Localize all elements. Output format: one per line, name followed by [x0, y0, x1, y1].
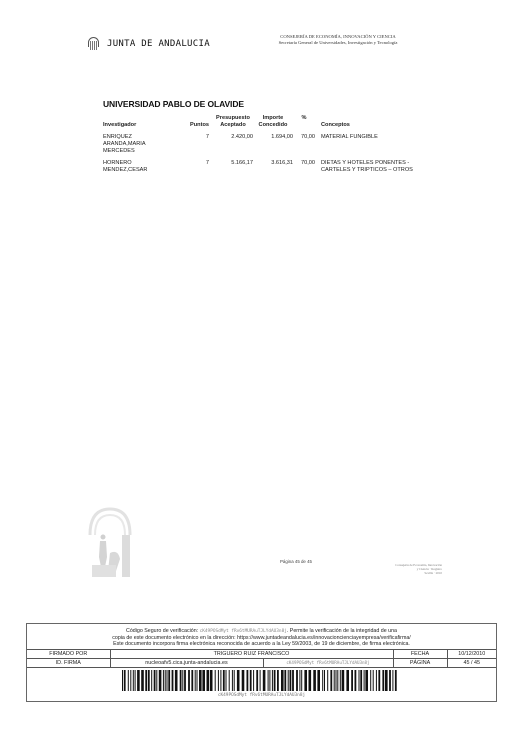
- registry-stamp: Consejería de Economía, Innovación y Cie…: [392, 563, 442, 576]
- signed-by-value: TRIGUERO RUIZ FRANCISCO: [110, 650, 393, 659]
- university-title: UNIVERSIDAD PABLO DE OLAVIDE: [103, 99, 244, 109]
- barcode-text: cK49POSdMyt fRv6tMURAuTJLYdAU3n8j: [27, 693, 496, 698]
- verification-code: cK49POSdMyt fRv6tMURAuTJLYdAU3n8j: [200, 629, 287, 634]
- signature-table: FIRMADO POR TRIGUERO RUIZ FRANCISCO FECH…: [27, 649, 496, 668]
- col-puntos: Puntos: [169, 115, 213, 134]
- cell-conceptos: MATERIAL FUNGIBLE: [318, 134, 423, 160]
- page-label: PÁGINA: [393, 659, 447, 668]
- cell-importe: 1.694,00: [253, 134, 293, 160]
- cell-porcentaje: 70,00: [293, 134, 318, 160]
- table-header-row: Investigador Puntos PresupuestoAceptado …: [103, 115, 423, 134]
- junta-logo: JUNTA DE ANDALUCIA: [88, 37, 210, 51]
- signature-verification-box: Código Seguro de verificación: cK49POSdM…: [26, 623, 497, 702]
- verification-text: Código Seguro de verificación: cK49POSdM…: [27, 624, 496, 649]
- legal-line: Este documento incorpora firma electróni…: [27, 641, 496, 647]
- page-value: 45 / 45: [447, 659, 496, 668]
- cell-importe: 3.616,31: [253, 160, 293, 179]
- col-porcentaje: %: [293, 115, 318, 134]
- signature-server: nucleoafv5.cica.junta-andalucia.es: [110, 659, 263, 668]
- cell-conceptos: DIETAS Y HOTELES PONENTES - CARTELES Y T…: [318, 160, 423, 179]
- cell-investigador: ENRIQUEZ ARANDA,MARIA MERCEDES: [103, 134, 169, 160]
- signature-id-code: cK49POSdMyt fRv6tMURAuTJLYdAU3n8j: [263, 659, 393, 668]
- signature-id-row: ID. FIRMA nucleoafv5.cica.junta-andaluci…: [27, 659, 496, 668]
- page-number: Página 45 de 45: [280, 559, 312, 564]
- cell-porcentaje: 70,00: [293, 160, 318, 179]
- junta-emblem-icon: [88, 37, 99, 51]
- col-presupuesto: PresupuestoAceptado: [213, 115, 253, 134]
- logo-text: JUNTA DE ANDALUCIA: [107, 39, 210, 49]
- consejeria-header: CONSEJERÍA DE ECONOMÍA, INNOVACIÓN Y CIE…: [248, 34, 428, 46]
- col-importe: ImporteConcedido: [253, 115, 293, 134]
- table-row: HORNERO MENDEZ,CESAR 7 5.166,17 3.616,31…: [103, 160, 423, 179]
- col-conceptos: Conceptos: [318, 115, 423, 134]
- secretaria-name: Secretaría General de Universidades, Inv…: [248, 40, 428, 46]
- cell-presupuesto: 5.166,17: [213, 160, 253, 179]
- date-label: FECHA: [393, 650, 447, 659]
- col-investigador: Investigador: [103, 115, 169, 134]
- signed-by-row: FIRMADO POR TRIGUERO RUIZ FRANCISCO FECH…: [27, 650, 496, 659]
- date-value: 10/12/2010: [447, 650, 496, 659]
- cell-presupuesto: 2.420,00: [213, 134, 253, 160]
- junta-watermark-icon: [88, 505, 132, 585]
- cell-investigador: HORNERO MENDEZ,CESAR: [103, 160, 169, 179]
- grants-table: Investigador Puntos PresupuestoAceptado …: [103, 115, 423, 179]
- table-row: ENRIQUEZ ARANDA,MARIA MERCEDES 7 2.420,0…: [103, 134, 423, 160]
- signed-by-label: FIRMADO POR: [27, 650, 110, 659]
- cell-puntos: 7: [169, 160, 213, 179]
- signature-id-label: ID. FIRMA: [27, 659, 110, 668]
- barcode-icon: [122, 670, 399, 691]
- cell-puntos: 7: [169, 134, 213, 160]
